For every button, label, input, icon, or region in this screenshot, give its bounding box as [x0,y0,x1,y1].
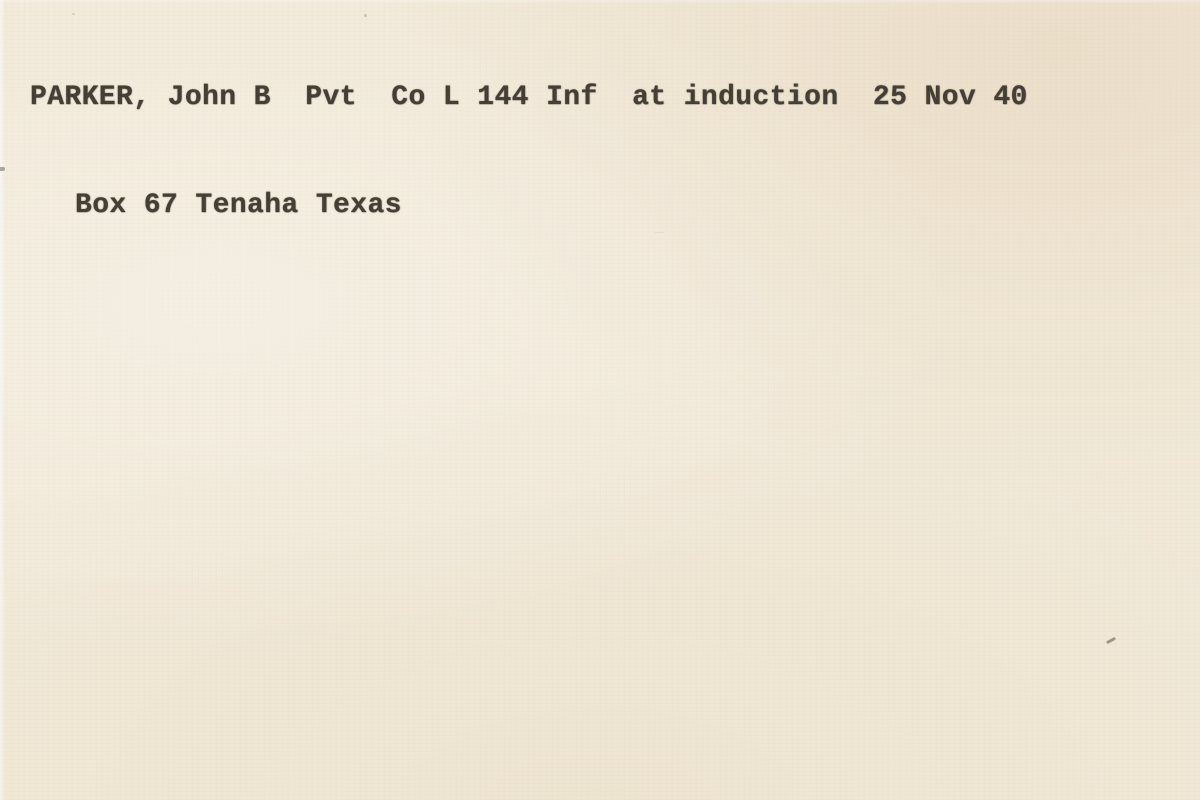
paper-speck [364,14,367,17]
paper-speck [0,167,5,171]
card-line-address: Box 67 Tenaha Texas [75,188,1028,224]
paper-fiber [655,232,664,233]
card-line-name-rank-unit-date: PARKER, John B Pvt Co L 144 Inf at induc… [30,80,1028,116]
paper-speck [72,13,75,15]
typewritten-text: PARKER, John B Pvt Co L 144 Inf at induc… [0,8,1028,296]
index-card: PARKER, John B Pvt Co L 144 Inf at induc… [0,0,1200,800]
scan-edge-top [0,0,1200,4]
paper-speck [1106,637,1116,644]
